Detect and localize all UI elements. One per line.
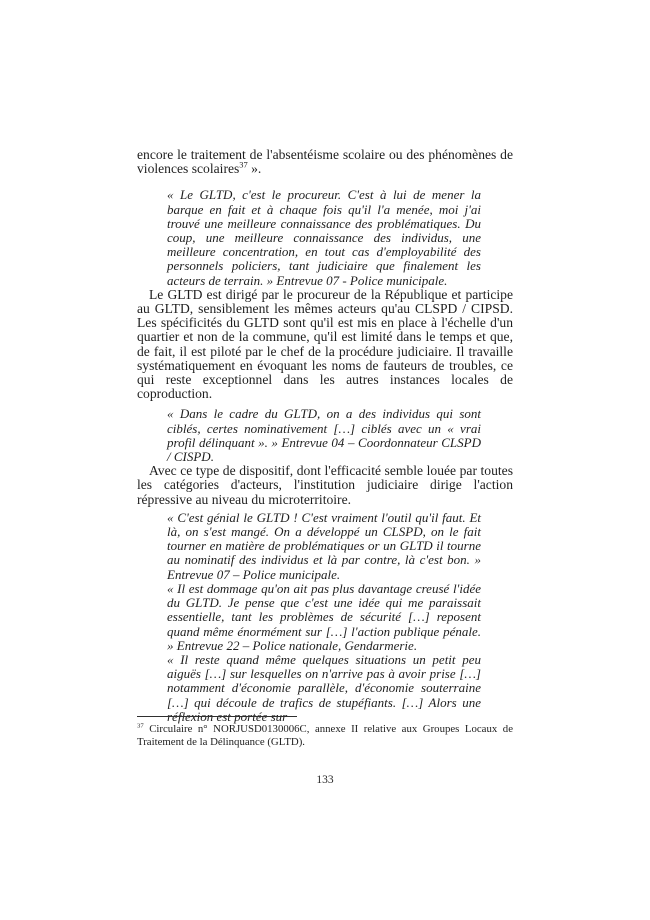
footnote-section: 37 Circulaire n° NORJUSD0130006C, annexe… [137, 716, 513, 748]
document-page: encore le traitement de l'absentéisme sc… [0, 0, 650, 920]
paragraph-text-suffix: ». [248, 161, 262, 176]
interview-quote: « C'est génial le GLTD ! C'est vraiment … [167, 511, 481, 582]
interview-quote: « Il reste quand même quelques situation… [167, 653, 481, 724]
footnote-body: Circulaire n° NORJUSD0130006C, annexe II… [137, 723, 513, 748]
page-content: encore le traitement de l'absentéisme sc… [137, 148, 513, 724]
footnote-separator-rule [137, 716, 297, 717]
footnote: 37 Circulaire n° NORJUSD0130006C, annexe… [137, 723, 513, 748]
footnote-number: 37 [137, 722, 144, 729]
interview-quote: « Il est dommage qu'on ait pas plus dava… [167, 582, 481, 653]
body-paragraph: Avec ce type de dispositif, dont l'effic… [137, 464, 513, 507]
interview-quote: « Le GLTD, c'est le procureur. C'est à l… [167, 188, 481, 287]
body-paragraph: encore le traitement de l'absentéisme sc… [137, 148, 513, 176]
paragraph-text: encore le traitement de l'absentéisme sc… [137, 147, 513, 176]
page-number: 133 [0, 774, 650, 786]
interview-quote: « Dans le cadre du GLTD, on a des indivi… [167, 407, 481, 464]
footnote-reference: 37 [239, 160, 247, 170]
body-paragraph: Le GLTD est dirigé par le procureur de l… [137, 288, 513, 402]
